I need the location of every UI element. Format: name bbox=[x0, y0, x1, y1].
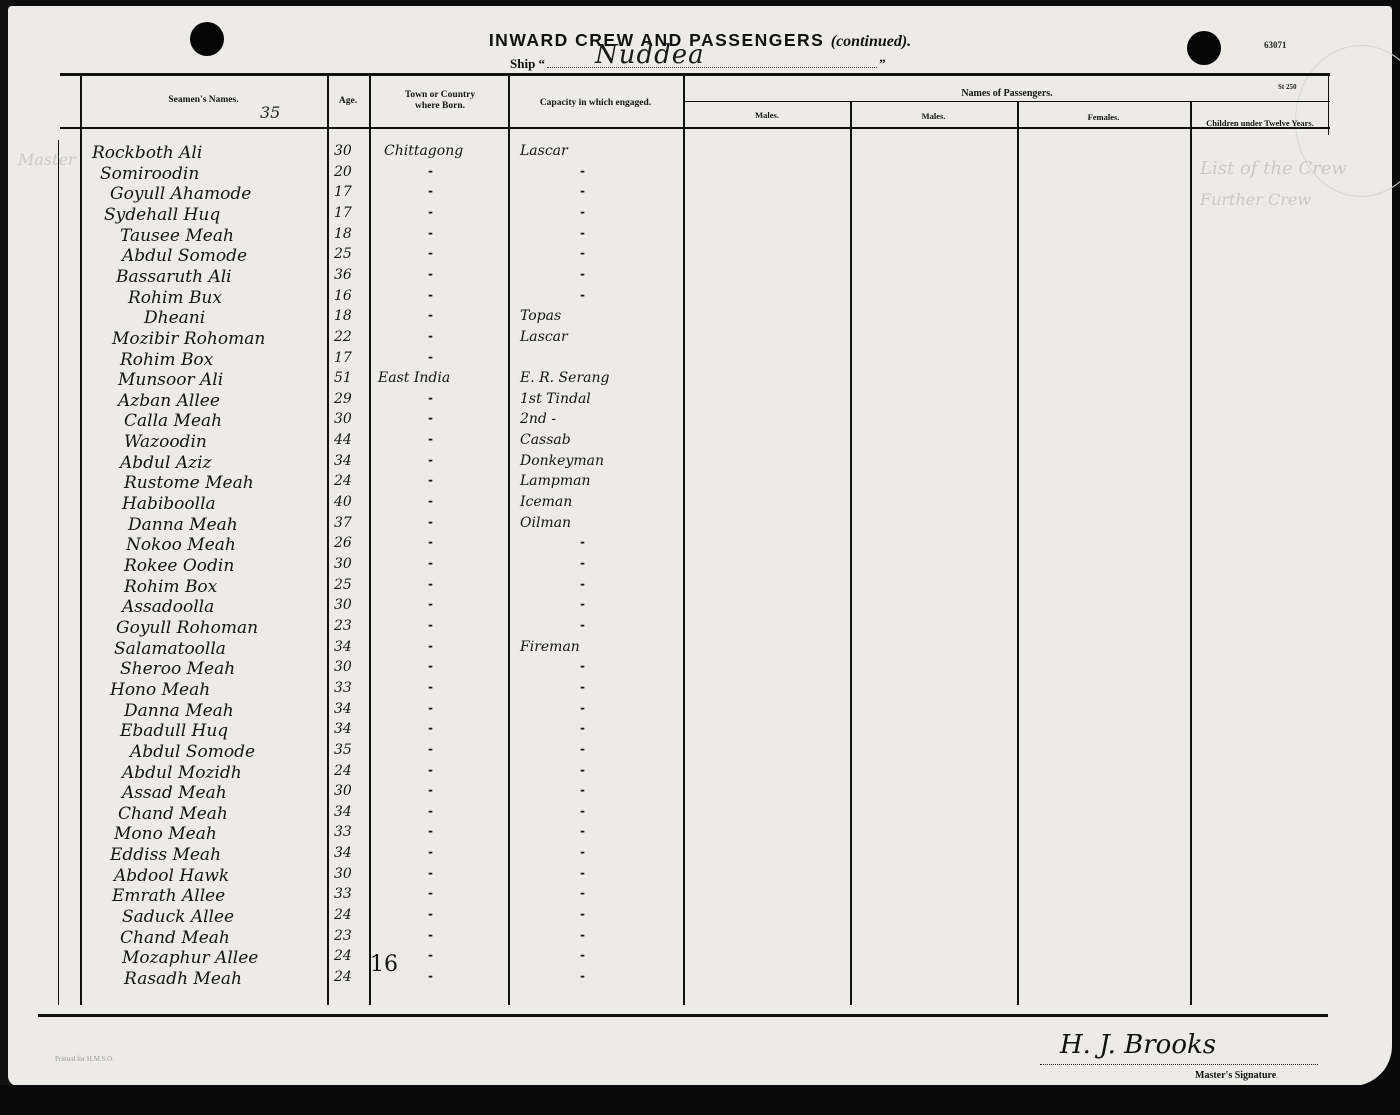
crew-age: 24 bbox=[334, 763, 352, 779]
table-row: Rohim Box25-- bbox=[0, 577, 700, 598]
crew-age: 34 bbox=[334, 721, 352, 737]
crew-capacity: - bbox=[580, 535, 585, 549]
crew-capacity: Lascar bbox=[520, 143, 568, 159]
crew-capacity: - bbox=[580, 845, 585, 859]
crew-age: 33 bbox=[334, 824, 352, 840]
crew-name: Emrath Allee bbox=[112, 886, 225, 906]
bleed-through-text: Further Crew bbox=[1200, 190, 1311, 209]
crew-capacity: Donkeyman bbox=[520, 453, 604, 469]
table-row: Goyull Rohoman23-- bbox=[0, 618, 700, 639]
crew-name: Rohim Box bbox=[124, 577, 217, 597]
crew-capacity: - bbox=[580, 267, 585, 281]
table-row: Habiboolla40-Iceman bbox=[0, 494, 700, 515]
crew-name: Rokee Oodin bbox=[124, 556, 234, 576]
crew-name: Hono Meah bbox=[110, 680, 210, 700]
crew-capacity: - bbox=[580, 907, 585, 921]
table-row: Nokoo Meah26-- bbox=[0, 535, 700, 556]
table-row: Mono Meah33-- bbox=[0, 824, 700, 845]
table-row: Rohim Box17- bbox=[0, 350, 700, 371]
crew-name: Rockboth Ali bbox=[92, 143, 202, 163]
crew-name: Assad Meah bbox=[122, 783, 227, 803]
crew-capacity: - bbox=[580, 288, 585, 302]
header-seamen-names: Seamen's Names. bbox=[80, 95, 327, 106]
table-row: Abdul Aziz34-Donkeyman bbox=[0, 453, 700, 474]
crew-birthplace: East India bbox=[378, 370, 450, 386]
crew-capacity: Lampman bbox=[520, 473, 591, 489]
crew-birthplace: - bbox=[428, 308, 433, 322]
header-males-1: Males. bbox=[684, 110, 850, 121]
table-row: Rustome Meah24-Lampman bbox=[0, 473, 700, 494]
crew-name: Goyull Rohoman bbox=[116, 618, 258, 638]
crew-capacity: - bbox=[580, 226, 585, 240]
crew-name: Sheroo Meah bbox=[120, 659, 235, 679]
crew-name: Saduck Allee bbox=[122, 907, 234, 927]
table-row: Somiroodin20-- bbox=[0, 164, 700, 185]
table-row: Mozibir Rohoman22-Lascar bbox=[0, 329, 700, 350]
col-rule-children bbox=[1190, 101, 1192, 1005]
crew-age: 40 bbox=[334, 494, 352, 510]
crew-birthplace: - bbox=[428, 494, 433, 508]
crew-capacity: - bbox=[580, 928, 585, 942]
crew-birthplace: - bbox=[428, 597, 433, 611]
printer-note: Printed for H.M.S.O. bbox=[55, 1055, 114, 1063]
table-row: Sydehall Huq17-- bbox=[0, 205, 700, 226]
crew-birthplace: - bbox=[428, 515, 433, 529]
crew-age: 24 bbox=[334, 969, 352, 985]
crew-name: Assadoolla bbox=[122, 597, 214, 617]
crew-age: 35 bbox=[334, 742, 352, 758]
crew-birthplace: - bbox=[428, 267, 433, 281]
crew-name: Salamatoolla bbox=[114, 639, 226, 659]
ship-close-quote: ” bbox=[879, 56, 886, 71]
crew-capacity: - bbox=[580, 205, 585, 219]
crew-age: 34 bbox=[334, 845, 352, 861]
crew-birthplace: - bbox=[428, 639, 433, 653]
table-row: Rockboth Ali30ChittagongLascar bbox=[0, 143, 700, 164]
crew-capacity: Oilman bbox=[520, 515, 571, 531]
crew-capacity: - bbox=[580, 164, 585, 178]
table-row: Assad Meah30-- bbox=[0, 783, 700, 804]
crew-name: Dheani bbox=[144, 308, 205, 328]
table-row: Hono Meah33-- bbox=[0, 680, 700, 701]
bleed-through-text: List of the Crew bbox=[1200, 158, 1347, 179]
header-bottom-rule bbox=[60, 127, 1330, 129]
crew-age: 33 bbox=[334, 680, 352, 696]
crew-capacity: - bbox=[580, 577, 585, 591]
crew-age: 23 bbox=[334, 928, 352, 944]
crew-age: 29 bbox=[334, 391, 352, 407]
table-row: Danna Meah34-- bbox=[0, 701, 700, 722]
crew-age: 17 bbox=[334, 350, 352, 366]
crew-birthplace: - bbox=[428, 948, 433, 962]
crew-name: Mono Meah bbox=[114, 824, 217, 844]
table-row: Munsoor Ali51East IndiaE. R. Serang bbox=[0, 370, 700, 391]
crew-age: 25 bbox=[334, 577, 352, 593]
crew-name: Chand Meah bbox=[118, 804, 228, 824]
crew-capacity: 2nd - bbox=[520, 411, 556, 427]
crew-birthplace: - bbox=[428, 701, 433, 715]
crew-birthplace: - bbox=[428, 783, 433, 797]
crew-birthplace: - bbox=[428, 535, 433, 549]
signature-label: Master's Signature bbox=[1195, 1070, 1276, 1081]
crew-age: 37 bbox=[334, 515, 352, 531]
table-row: Chand Meah34-- bbox=[0, 804, 700, 825]
crew-age: 20 bbox=[334, 164, 352, 180]
crew-age: 17 bbox=[334, 184, 352, 200]
crew-birthplace: - bbox=[428, 453, 433, 467]
crew-capacity: - bbox=[580, 969, 585, 983]
table-row: Goyull Ahamode17-- bbox=[0, 184, 700, 205]
header-age: Age. bbox=[327, 96, 369, 107]
crew-name: Abdul Somode bbox=[130, 742, 255, 762]
crew-name: Habiboolla bbox=[122, 494, 216, 514]
header-children: Children under Twelve Years. bbox=[1190, 118, 1330, 129]
crew-birthplace: - bbox=[428, 969, 433, 983]
master-signature: H. J. Brooks bbox=[1060, 1030, 1216, 1060]
margin-mark: 16 bbox=[370, 952, 398, 977]
crew-age: 16 bbox=[334, 288, 352, 304]
col-rule-females bbox=[1017, 101, 1019, 1005]
crew-birthplace: - bbox=[428, 205, 433, 219]
crew-birthplace: - bbox=[428, 288, 433, 302]
crew-birthplace: - bbox=[428, 659, 433, 673]
crew-birthplace: - bbox=[428, 866, 433, 880]
ship-name: Nuddea bbox=[595, 40, 705, 70]
crew-age: 34 bbox=[334, 453, 352, 469]
crew-name: Sydehall Huq bbox=[104, 205, 220, 225]
signature-line bbox=[1040, 1064, 1318, 1065]
crew-age: 24 bbox=[334, 948, 352, 964]
crew-birthplace: - bbox=[428, 763, 433, 777]
crew-capacity: - bbox=[580, 701, 585, 715]
table-row: Eddiss Meah34-- bbox=[0, 845, 700, 866]
crew-birthplace: - bbox=[428, 618, 433, 632]
crew-name: Abdool Hawk bbox=[114, 866, 229, 886]
crew-capacity: - bbox=[580, 184, 585, 198]
crew-capacity: E. R. Serang bbox=[520, 370, 609, 386]
crew-capacity: Cassab bbox=[520, 432, 571, 448]
header-females: Females. bbox=[1017, 112, 1190, 123]
crew-name: Bassaruth Ali bbox=[116, 267, 232, 287]
table-row: Calla Meah30-2nd - bbox=[0, 411, 700, 432]
crew-capacity: - bbox=[580, 742, 585, 756]
table-row: Rohim Bux16-- bbox=[0, 288, 700, 309]
crew-age: 44 bbox=[334, 432, 352, 448]
crew-age: 18 bbox=[334, 308, 352, 324]
header-males-2: Males. bbox=[850, 111, 1017, 122]
table-row: Abdul Somode25-- bbox=[0, 246, 700, 267]
form-number: 63071 bbox=[1264, 40, 1287, 50]
crew-birthplace: - bbox=[428, 680, 433, 694]
crew-age: 22 bbox=[334, 329, 352, 345]
table-row: Mozaphur Allee24-- bbox=[0, 948, 700, 969]
crew-birthplace: Chittagong bbox=[384, 143, 463, 159]
crew-age: 17 bbox=[334, 205, 352, 221]
crew-age: 34 bbox=[334, 804, 352, 820]
crew-birthplace: - bbox=[428, 577, 433, 591]
table-row: Abdool Hawk30-- bbox=[0, 866, 700, 887]
passengers-subheader-rule bbox=[684, 101, 1330, 102]
crew-name: Abdul Aziz bbox=[120, 453, 211, 473]
crew-age: 30 bbox=[334, 659, 352, 675]
table-row: Dheani18-Topas bbox=[0, 308, 700, 329]
crew-name: Rasadh Meah bbox=[124, 969, 242, 989]
crew-capacity: - bbox=[580, 804, 585, 818]
table-row: Chand Meah23-- bbox=[0, 928, 700, 949]
table-row: Ebadull Huq34-- bbox=[0, 721, 700, 742]
crew-birthplace: - bbox=[428, 432, 433, 446]
crew-birthplace: - bbox=[428, 824, 433, 838]
table-row: Abdul Somode35-- bbox=[0, 742, 700, 763]
crew-birthplace: - bbox=[428, 184, 433, 198]
crew-birthplace: - bbox=[428, 329, 433, 343]
table-row: Danna Meah37-Oilman bbox=[0, 515, 700, 536]
crew-name: Danna Meah bbox=[128, 515, 238, 535]
crew-birthplace: - bbox=[428, 411, 433, 425]
crew-capacity: - bbox=[580, 783, 585, 797]
crew-name: Azban Allee bbox=[118, 391, 220, 411]
crew-name: Ebadull Huq bbox=[120, 721, 228, 741]
crew-age: 25 bbox=[334, 246, 352, 262]
col-rule-males2 bbox=[850, 101, 852, 1005]
crew-birthplace: - bbox=[428, 473, 433, 487]
crew-capacity: - bbox=[580, 886, 585, 900]
crew-name: Abdul Mozidh bbox=[122, 763, 242, 783]
crew-birthplace: - bbox=[428, 742, 433, 756]
crew-age: 23 bbox=[334, 618, 352, 634]
table-row: Rokee Oodin30-- bbox=[0, 556, 700, 577]
crew-capacity: Iceman bbox=[520, 494, 572, 510]
crew-age: 30 bbox=[334, 411, 352, 427]
crew-age: 34 bbox=[334, 639, 352, 655]
crew-birthplace: - bbox=[428, 226, 433, 240]
crew-name: Mozibir Rohoman bbox=[112, 329, 265, 349]
crew-age: 30 bbox=[334, 783, 352, 799]
table-row: Emrath Allee33-- bbox=[0, 886, 700, 907]
crew-age: 36 bbox=[334, 267, 352, 283]
crew-name: Nokoo Meah bbox=[126, 535, 236, 555]
table-row: Tausee Meah18-- bbox=[0, 226, 700, 247]
table-row: Abdul Mozidh24-- bbox=[0, 763, 700, 784]
crew-name: Chand Meah bbox=[120, 928, 230, 948]
table-row: Salamatoolla34-Fireman bbox=[0, 639, 700, 660]
table-row: Rasadh Meah24-- bbox=[0, 969, 700, 990]
crew-name: Eddiss Meah bbox=[110, 845, 221, 865]
crew-name: Rohim Bux bbox=[128, 288, 222, 308]
table-row: Bassaruth Ali36-- bbox=[0, 267, 700, 288]
table-top-rule bbox=[60, 73, 1330, 76]
crew-capacity: - bbox=[580, 556, 585, 570]
table-row: Wazoodin44-Cassab bbox=[0, 432, 700, 453]
crew-birthplace: - bbox=[428, 845, 433, 859]
crew-age: 30 bbox=[334, 866, 352, 882]
crew-name: Mozaphur Allee bbox=[122, 948, 258, 968]
count-mark: 35 bbox=[260, 103, 280, 122]
crew-name: Calla Meah bbox=[124, 411, 222, 431]
header-town-born: Town or Country where Born. bbox=[395, 90, 485, 112]
crew-capacity: - bbox=[580, 659, 585, 673]
crew-capacity: - bbox=[580, 824, 585, 838]
crew-birthplace: - bbox=[428, 804, 433, 818]
crew-birthplace: - bbox=[428, 556, 433, 570]
crew-capacity: Topas bbox=[520, 308, 561, 324]
crew-age: 30 bbox=[334, 556, 352, 572]
table-bottom-rule bbox=[38, 1014, 1328, 1017]
crew-name: Rohim Box bbox=[120, 350, 213, 370]
crew-capacity: Fireman bbox=[520, 639, 580, 655]
crew-capacity: - bbox=[580, 680, 585, 694]
table-row: Saduck Allee24-- bbox=[0, 907, 700, 928]
crew-name: Somiroodin bbox=[100, 164, 199, 184]
crew-age: 33 bbox=[334, 886, 352, 902]
header-passengers: Names of Passengers. bbox=[684, 88, 1330, 99]
crew-age: 51 bbox=[334, 370, 352, 386]
crew-birthplace: - bbox=[428, 907, 433, 921]
title-suffix: (continued). bbox=[831, 33, 911, 50]
crew-name: Goyull Ahamode bbox=[110, 184, 251, 204]
crew-age: 34 bbox=[334, 701, 352, 717]
crew-capacity: 1st Tindal bbox=[520, 391, 591, 407]
crew-capacity: - bbox=[580, 763, 585, 777]
crew-name: Munsoor Ali bbox=[118, 370, 223, 390]
table-row: Sheroo Meah30-- bbox=[0, 659, 700, 680]
crew-name: Rustome Meah bbox=[124, 473, 254, 493]
crew-age: 18 bbox=[334, 226, 352, 242]
table-row: Assadoolla30-- bbox=[0, 597, 700, 618]
crew-capacity: - bbox=[580, 721, 585, 735]
ship-label: Ship “ bbox=[510, 56, 545, 71]
crew-birthplace: - bbox=[428, 164, 433, 178]
crew-birthplace: - bbox=[428, 886, 433, 900]
crew-capacity: - bbox=[580, 246, 585, 260]
crew-birthplace: - bbox=[428, 350, 433, 364]
crew-birthplace: - bbox=[428, 246, 433, 260]
crew-capacity: - bbox=[580, 618, 585, 632]
crew-capacity: - bbox=[580, 948, 585, 962]
crew-name: Danna Meah bbox=[124, 701, 234, 721]
crew-name: Abdul Somode bbox=[122, 246, 247, 266]
table-row: Azban Allee29-1st Tindal bbox=[0, 391, 700, 412]
crew-age: 24 bbox=[334, 473, 352, 489]
crew-age: 24 bbox=[334, 907, 352, 923]
crew-age: 30 bbox=[334, 597, 352, 613]
header-capacity: Capacity in which engaged. bbox=[508, 98, 683, 109]
crew-name: Tausee Meah bbox=[120, 226, 234, 246]
crew-birthplace: - bbox=[428, 928, 433, 942]
crew-age: 30 bbox=[334, 143, 352, 159]
crew-age: 26 bbox=[334, 535, 352, 551]
crew-capacity: Lascar bbox=[520, 329, 568, 345]
crew-name: Wazoodin bbox=[124, 432, 207, 452]
crew-capacity: - bbox=[580, 597, 585, 611]
crew-birthplace: - bbox=[428, 721, 433, 735]
crew-capacity: - bbox=[580, 866, 585, 880]
crew-birthplace: - bbox=[428, 391, 433, 405]
scan-edge-bottom bbox=[0, 1085, 1400, 1115]
